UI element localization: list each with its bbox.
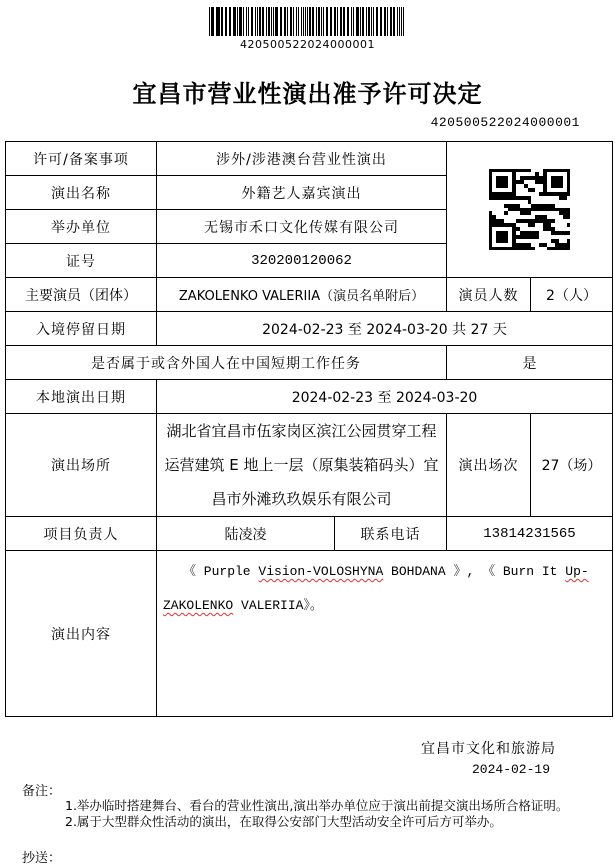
main-performer-label: 主要演员（团体） <box>6 278 157 312</box>
show-name-value: 外籍艺人嘉宾演出 <box>157 176 447 210</box>
license-item-value: 涉外/涉港澳台营业性演出 <box>157 142 447 176</box>
phone-label: 联系电话 <box>335 517 447 551</box>
qr-code-icon <box>489 169 571 251</box>
barcode-number: 420500522024000001 <box>200 38 415 51</box>
performer-count-value: 2（人） <box>531 278 613 312</box>
issue-date: 2024-02-19 <box>420 762 550 777</box>
local-dates-value: 2024-02-23 至 2024-03-20 <box>157 380 613 414</box>
content-text: VALERIIA》。 <box>233 598 323 613</box>
organizer-value: 无锡市禾口文化传媒有限公司 <box>157 210 447 244</box>
notes-label: 备注： <box>22 780 61 799</box>
spellcheck-text: Vision-VOLOSHYNA <box>258 564 383 579</box>
local-dates-label: 本地演出日期 <box>6 380 157 414</box>
license-item-label: 许可/备案事项 <box>6 142 157 176</box>
manager-value: 陆凌凌 <box>157 517 335 551</box>
barcode-icon <box>209 7 406 36</box>
short-term-work-value: 是 <box>447 346 613 380</box>
cert-no-value: 320200120062 <box>157 244 447 278</box>
organizer-label: 举办单位 <box>6 210 157 244</box>
main-performer-value: ZAKOLENKO VALERIIA（演员名单附后） <box>157 278 447 312</box>
venue-value: 湖北省宜昌市伍家岗区滨江公园贯穿工程运营建筑 E 地上一层（原集装箱码头）宜昌市… <box>157 414 447 517</box>
show-name-label: 演出名称 <box>6 176 157 210</box>
stay-period-label: 入境停留日期 <box>6 312 157 346</box>
content-value: 《 Purple Vision-VOLOSHYNA BOHDANA 》, 《 B… <box>157 551 613 717</box>
cc-label: 抄送： <box>22 847 61 866</box>
content-text: BOHDANA 》, 《 Burn It <box>383 564 565 579</box>
issuer-name: 宜昌市文化和旅游局 <box>380 738 556 758</box>
venue-label: 演出场所 <box>6 414 157 517</box>
content-label: 演出内容 <box>6 551 157 717</box>
content-text: 《 Purple <box>183 564 258 579</box>
permit-table: 许可/备案事项 涉外/涉港澳台营业性演出 演出名称 外籍艺人嘉宾演出 举办单位 … <box>5 141 613 717</box>
sessions-value: 27（场） <box>531 414 613 517</box>
document-number: 420500522024000001 <box>420 115 580 130</box>
manager-label: 项目负责人 <box>6 517 157 551</box>
qr-cell <box>447 142 613 278</box>
short-term-work-label: 是否属于或含外国人在中国短期工作任务 <box>6 346 447 380</box>
stay-period-value: 2024-02-23 至 2024-03-20 共 27 天 <box>157 312 613 346</box>
page-title: 宜昌市营业性演出准予许可决定 <box>0 74 615 109</box>
phone-value: 13814231565 <box>447 517 613 551</box>
sessions-label: 演出场次 <box>447 414 531 517</box>
cert-no-label: 证号 <box>6 244 157 278</box>
note-item: 2.属于大型群众性活动的演出，在取得公安部门大型活动安全许可后方可举办。 <box>65 812 502 830</box>
performer-count-label: 演员人数 <box>447 278 531 312</box>
